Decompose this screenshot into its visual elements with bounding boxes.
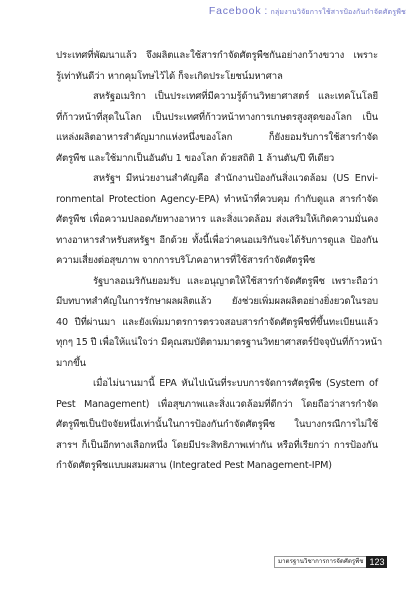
text-line: แหล่งผลิตอาหารสำคัญมากแห่งหนึ่งของโลก ก็…	[56, 128, 378, 149]
text-line: สหรัฐฯ มีหน่วยงานสำคัญคือ สำนักงานป้องกั…	[56, 169, 378, 190]
header-separator: :	[264, 5, 267, 17]
text-line: ronmental Protection Agency-EPA) ทำหน้าท…	[56, 190, 378, 211]
text-line: ศัตรูพืช และใช้มากเป็นอันดับ 1 ของโลก ด้…	[56, 149, 378, 170]
footer-title: มาตรฐานวิชาการการจัดศัตรูพืช	[274, 556, 366, 568]
text-line: ทางอาหารสำหรับสหรัฐฯ อีกด้วย ทั้งนี้เพื่…	[56, 231, 378, 252]
text-line: สารฯ ก็เป็นอีกทางเลือกหนึ่ง โดยมีประสิทธ…	[56, 436, 378, 457]
facebook-group-name: กลุ่มงานวิจัยการใช้สารป้องกันกำจัดศัตรูพ…	[271, 8, 407, 16]
text-line: กำจัดศัตรูพืชแบบผสมผสาน (Integrated Pest…	[56, 456, 378, 477]
text-line: มากขึ้น	[56, 354, 378, 375]
text-line: มีบทบาทสำคัญในการรักษาผลผลิตแล้ว ยังช่วย…	[56, 292, 378, 313]
facebook-label: Facebook	[209, 5, 262, 17]
text-line: รู้เท่าทันดีว่า หากคุมโทษไว้ได้ ก็จะเกิด…	[56, 67, 378, 88]
body-text: ประเทศที่พัฒนาแล้ว จึงผลิตและใช้สารกำจัด…	[56, 46, 378, 477]
page-header: Facebook:กลุ่มงานวิจัยการใช้สารป้องกันกำ…	[209, 5, 406, 18]
page-footer: มาตรฐานวิชาการการจัดศัตรูพืช 123	[274, 556, 387, 568]
text-line: สหรัฐอเมริกา เป็นประเทศที่มีความรู้ด้านว…	[56, 87, 378, 108]
text-line: รัฐบาลอเมริกันยอมรับ และอนุญาตให้ใช้สารก…	[56, 272, 378, 293]
page-number: 123	[366, 556, 387, 568]
text-line: ศัตรูพืชเป็นปัจจัยหนึ่งเท่านั้นในการป้อง…	[56, 415, 378, 436]
text-line: เมื่อไม่นานมานี้ EPA หันไปเน้นที่ระบบการ…	[56, 374, 378, 395]
text-line: ทุกๆ 15 ปี เพื่อให้แน่ใจว่า มีคุณสมบัติต…	[56, 333, 378, 354]
text-line: ที่ก้าวหน้าที่สุดในโลก เป็นประเทศที่ก้าว…	[56, 108, 378, 129]
text-line: Pest Management) เพื่อสุขภาพและสิ่งแวดล้…	[56, 395, 378, 416]
text-line: ความเสี่ยงต่อสุขภาพ จากการบริโภคอาหารที่…	[56, 251, 378, 272]
text-line: ศัตรูพืช เพื่อความปลอดภัยทางอาหาร และสิ่…	[56, 210, 378, 231]
text-line: 40 ปีที่ผ่านมา และยังเพิ่มมาตรการตรวจสอบ…	[56, 313, 378, 334]
text-line: ประเทศที่พัฒนาแล้ว จึงผลิตและใช้สารกำจัด…	[56, 46, 378, 67]
